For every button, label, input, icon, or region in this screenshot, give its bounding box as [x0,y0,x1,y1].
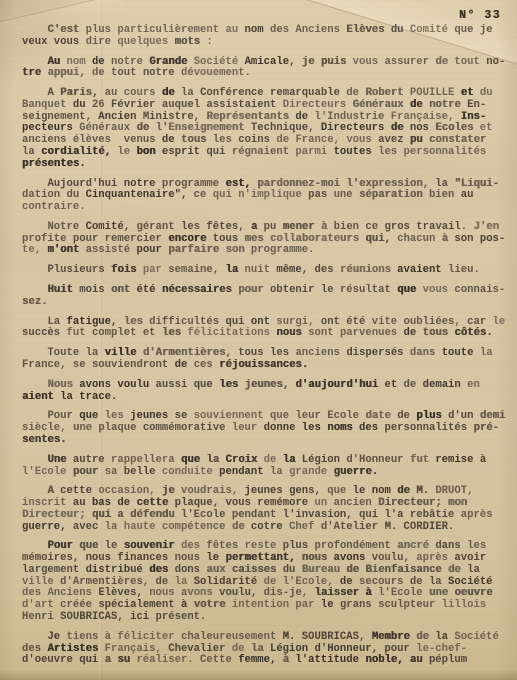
scanned-document-page: N° 33 C'est plus particulièrement au nom… [0,0,517,680]
paragraph: Plusieurs fois par semaine, la nuit même… [22,265,514,277]
paragraph: Pour que le souvenir des fêtes reste plu… [22,541,514,623]
paragraph: A cette occasion, je voudrais, jeunes ge… [22,486,514,533]
page-number: N° 33 [459,9,501,22]
paragraph: La fatigue, les difficultés qui ont surg… [22,317,514,341]
paragraph: Toute la ville d'Armentières, tous les a… [22,348,514,372]
paragraph: Huit mois ont été nécessaires pour obten… [22,285,514,309]
paragraph: Aujourd'hui notre programme est, pardonn… [22,179,514,214]
document-text: C'est plus particulièrement au nom des A… [22,25,514,675]
paragraph: Nous avons voulu aussi que les jeunes, d… [22,380,514,404]
paragraph: Je tiens à féliciter chaleureusement M. … [22,632,514,667]
paragraph: Pour que les jeunes se souviennent que l… [22,411,514,446]
paragraph: C'est plus particulièrement au nom des A… [22,25,514,49]
paragraph: Une autre rappellera que la Croix de la … [22,455,514,479]
paragraph: Notre Comité, gérant les fêtes, a pu men… [22,222,514,257]
paragraph: A Paris, au cours de la Conférence remar… [22,88,514,170]
paragraph: Au nom de notre Grande Société Amicale, … [22,57,514,81]
